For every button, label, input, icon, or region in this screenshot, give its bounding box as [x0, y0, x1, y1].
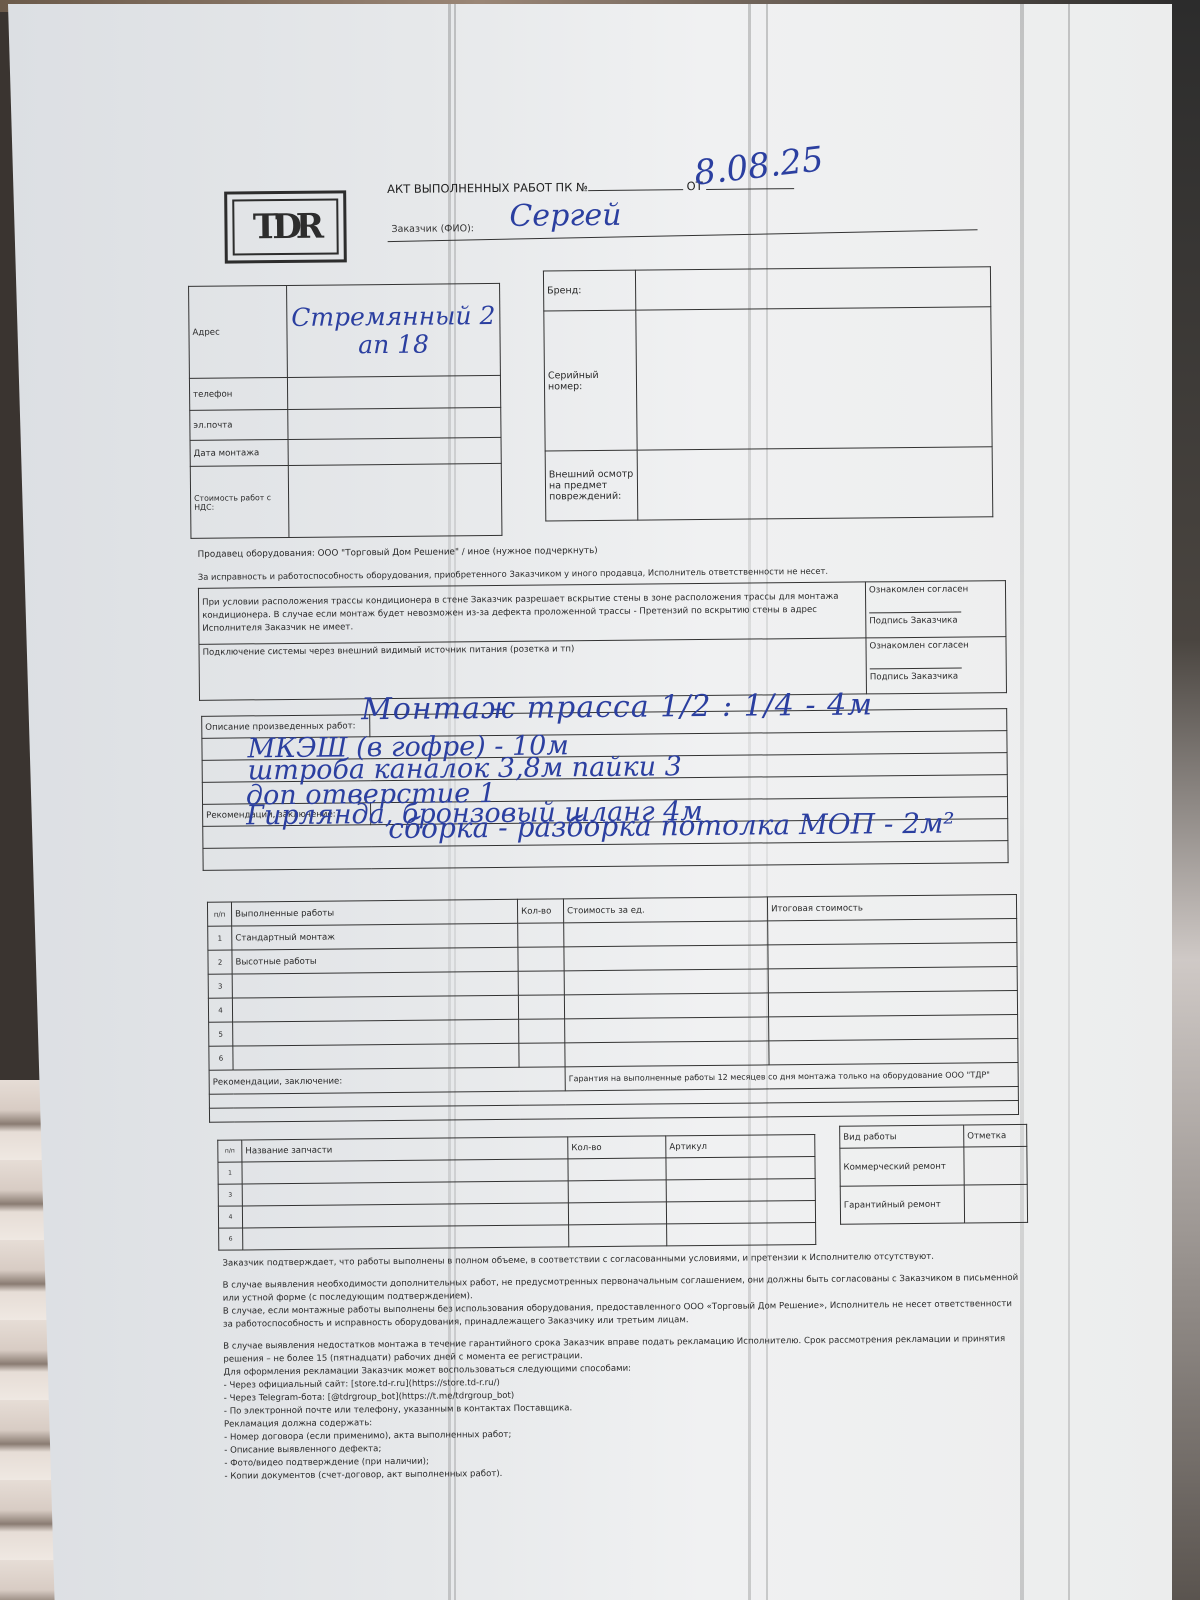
terms-paragraph: Заказчик подтверждает, что работы выполн… [222, 1250, 1022, 1271]
commercial-repair-mark[interactable] [964, 1146, 1027, 1185]
description-handwritten-line: сборка - разборка потолка МОП - 2м² [388, 807, 955, 845]
part-sku[interactable] [666, 1156, 815, 1179]
col-header-work-type: Вид работы [840, 1125, 964, 1148]
work-price[interactable] [565, 1017, 769, 1043]
customer-line [388, 229, 978, 242]
col-header-unit-price: Стоимость за ед. [563, 897, 767, 923]
col-header-part-name: Название запчасти [242, 1137, 568, 1162]
col-header-qty: Кол-во [517, 899, 563, 923]
work-qty[interactable] [519, 1019, 565, 1043]
work-qty[interactable] [518, 923, 564, 947]
table-row: Дата монтажа [190, 437, 501, 466]
table-row: Бренд: [543, 267, 990, 311]
ack-label: Ознакомлен согласен [869, 640, 968, 651]
terms-section: Заказчик подтверждает, что работы выполн… [222, 1250, 1024, 1484]
complaint-list: Для оформления рекламации Заказчик может… [223, 1359, 1024, 1484]
part-qty[interactable] [569, 1224, 667, 1247]
work-price[interactable] [564, 993, 768, 1019]
work-qty[interactable] [518, 995, 564, 1019]
part-name[interactable] [242, 1203, 568, 1228]
work-qty[interactable] [519, 1043, 565, 1067]
address-line1: Стремянный 2 [290, 301, 496, 331]
work-price[interactable] [564, 945, 768, 971]
signature-line[interactable] [869, 597, 961, 614]
table-row: Адрес Стремянный 2 ап 18 [189, 283, 501, 378]
email-field[interactable] [288, 407, 501, 439]
col-header-qty: Кол-во [568, 1136, 666, 1159]
work-price[interactable] [565, 1041, 769, 1067]
serial-label: Серийный номер: [544, 310, 637, 451]
part-name[interactable] [243, 1225, 569, 1250]
part-qty[interactable] [568, 1180, 666, 1203]
sign-label: Подпись Заказчика [870, 672, 958, 683]
signature-line[interactable] [870, 653, 962, 670]
table-row: Коммерческий ремонт [840, 1146, 1027, 1186]
address-field[interactable]: Стремянный 2 ап 18 [287, 283, 501, 377]
document: TDR АКТ ВЫПОЛНЕННЫХ РАБОТ ПК № ОТ 8.08.2… [0, 0, 1200, 1600]
logo-text: TDR [232, 198, 339, 255]
part-qty[interactable] [568, 1202, 666, 1225]
work-name[interactable] [232, 995, 518, 1022]
part-name[interactable] [242, 1181, 568, 1206]
table-row: 6 [219, 1222, 816, 1250]
work-name: Стандартный монтаж [232, 923, 518, 950]
conditions-table: При условии расположения трассы кондицио… [198, 580, 1007, 701]
col-header-mark: Отметка [964, 1124, 1027, 1147]
table-row: Стоимость работ с НДС: [190, 463, 502, 538]
warranty-repair-mark[interactable] [964, 1184, 1027, 1223]
work-total[interactable] [769, 1039, 1018, 1065]
work-price[interactable] [564, 969, 768, 995]
work-total[interactable] [769, 1015, 1018, 1041]
completed-works-table: п/п Выполненные работы Кол-во Стоимость … [207, 894, 1019, 1123]
work-total[interactable] [768, 967, 1017, 993]
part-sku[interactable] [667, 1222, 816, 1245]
spare-parts-table: п/п Название запчасти Кол-во Артикул 1 3… [217, 1134, 816, 1251]
brand-field[interactable] [635, 267, 990, 310]
work-qty[interactable] [518, 971, 564, 995]
table-row: Серийный номер: [544, 307, 992, 451]
install-date-field[interactable] [288, 437, 501, 465]
table-row: Внешний осмотр на предмет повреждений: [545, 447, 993, 521]
warranty-repair-label: Гарантийный ремонт [840, 1185, 964, 1224]
work-name[interactable] [233, 1043, 519, 1070]
table-header-row: Вид работы Отметка [840, 1124, 1027, 1148]
commercial-repair-label: Коммерческий ремонт [840, 1147, 964, 1186]
cost-label: Стоимость работ с НДС: [190, 465, 289, 538]
seller-line: Продавец оборудования: ООО "Торговый Дом… [198, 546, 598, 560]
description-handwritten-line: Монтаж трасса 1/2 : 1/4 - 4м [361, 687, 873, 727]
ack-label: Ознакомлен согласен [869, 584, 968, 595]
liability-line: За исправность и работоспособность обору… [198, 566, 828, 582]
client-info-table: Адрес Стремянный 2 ап 18 телефон эл.почт… [188, 283, 502, 539]
customer-name-handwritten: Сергей [509, 198, 621, 234]
col-header-sku: Артикул [666, 1134, 815, 1157]
company-logo: TDR [224, 190, 347, 263]
part-name[interactable] [242, 1159, 568, 1184]
date-handwritten: 8.08.25 [692, 139, 825, 194]
col-header-num: п/п [207, 902, 231, 926]
sign-label: Подпись Заказчика [869, 616, 957, 627]
work-name[interactable] [232, 971, 518, 998]
address-label: Адрес [189, 285, 288, 378]
part-sku[interactable] [666, 1178, 815, 1201]
table-row: телефон [189, 375, 500, 410]
table-row: Гарантийный ремонт [840, 1184, 1027, 1224]
phone-field[interactable] [287, 375, 500, 409]
col-header-num: п/п [218, 1140, 242, 1162]
inspection-label: Внешний осмотр на предмет повреждений: [545, 450, 638, 521]
repair-type-table: Вид работы Отметка Коммерческий ремонт Г… [839, 1124, 1028, 1225]
install-date-label: Дата монтажа [190, 439, 288, 466]
part-qty[interactable] [568, 1158, 666, 1181]
part-sku[interactable] [666, 1200, 815, 1223]
customer-label: Заказчик (ФИО): [391, 223, 474, 235]
email-label: эл.почта [190, 409, 288, 440]
ack-cell-1: Ознакомлен согласен Подпись Заказчика [865, 581, 1006, 638]
brand-label: Бренд: [543, 270, 635, 311]
work-name: Высотные работы [232, 947, 518, 974]
work-total[interactable] [768, 991, 1017, 1017]
phone-label: телефон [189, 377, 287, 410]
inspection-field[interactable] [637, 447, 993, 520]
table-row: эл.почта [190, 407, 501, 440]
work-qty[interactable] [518, 947, 564, 971]
work-name[interactable] [233, 1019, 519, 1046]
works-recommend-label: Рекомендации, заключение: [209, 1067, 565, 1094]
col-header-work: Выполненные работы [231, 899, 517, 926]
col-header-total: Итоговая стоимость [767, 895, 1016, 921]
work-price[interactable] [564, 921, 768, 947]
wall-opening-clause: При условии расположения трассы кондицио… [198, 582, 866, 644]
device-info-table: Бренд: Серийный номер: Внешний осмотр на… [543, 266, 993, 521]
ack-cell-2: Ознакомлен согласен Подпись Заказчика [866, 637, 1007, 694]
table-row: При условии расположения трассы кондицио… [198, 581, 1006, 645]
work-total[interactable] [768, 943, 1017, 969]
cost-field[interactable] [288, 463, 502, 537]
address-line2: ап 18 [290, 329, 496, 359]
work-total[interactable] [768, 919, 1017, 945]
serial-field[interactable] [636, 307, 992, 450]
